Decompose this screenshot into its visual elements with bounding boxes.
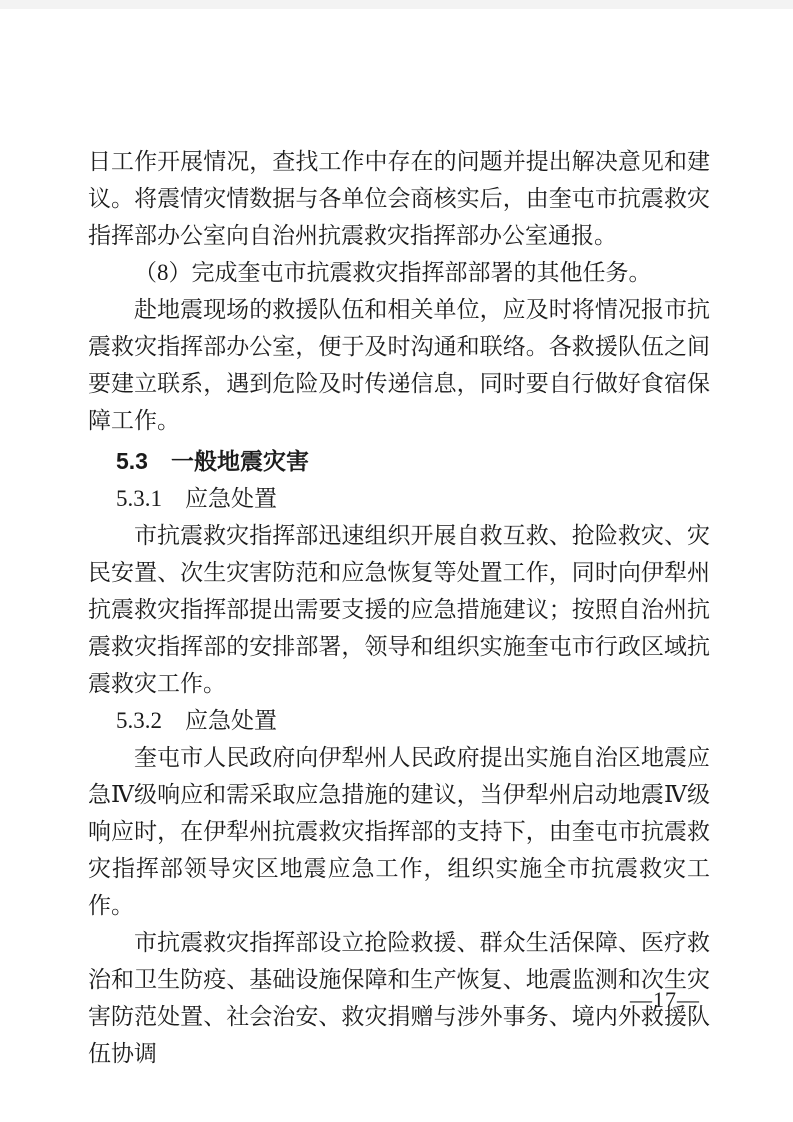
scan-edge-artifact bbox=[0, 0, 793, 9]
paragraph: （8）完成奎屯市抗震救灾指挥部部署的其他任务。 bbox=[88, 254, 710, 291]
paragraph: 赴地震现场的救援队伍和相关单位，应及时将情况报市抗震救灾指挥部办公室，便于及时沟… bbox=[88, 291, 710, 439]
section-heading: 5.3 一般地震灾害 bbox=[88, 443, 710, 480]
document-body: 日工作开展情况，查找工作中存在的问题并提出解决意见和建议。将震情灾情数据与各单位… bbox=[88, 143, 710, 1072]
paragraph: 日工作开展情况，查找工作中存在的问题并提出解决意见和建议。将震情灾情数据与各单位… bbox=[88, 143, 710, 254]
subsection-heading: 5.3.2 应急处置 bbox=[88, 702, 710, 739]
subsection-heading: 5.3.1 应急处置 bbox=[88, 480, 710, 517]
document-page: 日工作开展情况，查找工作中存在的问题并提出解决意见和建议。将震情灾情数据与各单位… bbox=[0, 0, 793, 1122]
paragraph: 奎屯市人民政府向伊犁州人民政府提出实施自治区地震应急Ⅳ级响应和需采取应急措施的建… bbox=[88, 739, 710, 924]
paragraph: 市抗震救灾指挥部设立抢险救援、群众生活保障、医疗救治和卫生防疫、基础设施保障和生… bbox=[88, 924, 710, 1072]
page-number: —17— bbox=[630, 988, 700, 1012]
paragraph: 市抗震救灾指挥部迅速组织开展自救互救、抢险救灾、灾民安置、次生灾害防范和应急恢复… bbox=[88, 517, 710, 702]
